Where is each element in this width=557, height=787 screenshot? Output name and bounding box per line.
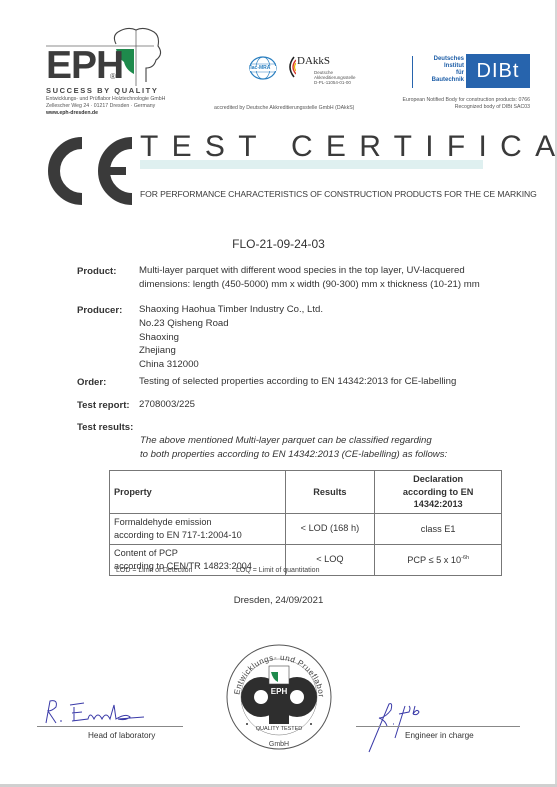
product-value: Multi-layer parquet with different wood … <box>139 264 480 292</box>
dibt-words: Deutsches Institut für Bautechnik <box>416 56 464 84</box>
ilac-label: ilac-MRA <box>249 65 270 71</box>
registered-mark: ® <box>110 72 116 81</box>
engineer-in-charge-label: Engineer in charge <box>405 731 474 740</box>
row-declaration-sup: -6h <box>461 555 469 561</box>
head-of-laboratory-label: Head of laboratory <box>88 731 155 740</box>
svg-text:GmbH: GmbH <box>269 741 289 748</box>
dibt-box: DIBt <box>466 54 530 88</box>
dibt-divider <box>412 56 413 88</box>
results-table: Property Results Declaration according t… <box>109 470 502 576</box>
row-property-line-1: Formaldehyde emission <box>114 516 281 529</box>
certificate-number: FLO-21-09-24-03 <box>0 237 557 251</box>
product-line-1: Multi-layer parquet with different wood … <box>139 264 480 278</box>
row-declaration-text: PCP ≤ 5 x 10 <box>407 555 461 565</box>
test-report-value: 2708003/225 <box>139 398 195 412</box>
row-result: < LOD (168 h) <box>285 513 375 544</box>
dibt-note-2: Recognized body of DIBt SAC03 <box>455 104 530 111</box>
eph-seal-icon: Entwicklungs- und Prueflabor Holztechnol… <box>225 642 333 752</box>
table-row: Formaldehyde emission according to EN 71… <box>110 513 502 544</box>
dakks-arcs-icon <box>284 56 296 78</box>
signature-line-right <box>356 726 520 727</box>
test-results-intro-1: The above mentioned Multi-layer parquet … <box>140 434 447 448</box>
producer-line-2: No.23 Qisheng Road <box>139 317 323 331</box>
eph-address: Zellescher Weg 24 · 01217 Dresden · Germ… <box>46 103 155 110</box>
producer-line-1: Shaoxing Haohua Timber Industry Co., Ltd… <box>139 303 323 317</box>
dibt-word-2: Institut <box>416 63 464 70</box>
ce-mark-icon <box>40 137 140 205</box>
producer-line-3: Shaoxing <box>139 331 323 345</box>
certificate-subtitle: FOR PERFORMANCE CHARACTERISTICS OF CONST… <box>140 189 537 199</box>
row-property-line-2: according to EN 717-1:2004-10 <box>114 529 281 542</box>
order-value: Testing of selected properties according… <box>139 375 456 389</box>
header-property: Property <box>110 471 286 514</box>
dakks-logo: DAkkS Deutsche Akkreditierungsstelle D-P… <box>284 52 364 88</box>
header-declaration-1: Declaration <box>379 473 497 486</box>
row-declaration: class E1 <box>375 513 502 544</box>
producer-value: Shaoxing Haohua Timber Industry Co., Ltd… <box>139 303 323 372</box>
row-property: Formaldehyde emission according to EN 71… <box>110 513 286 544</box>
row-declaration-text: class E1 <box>421 524 456 534</box>
header-declaration: Declaration according to EN 14342:2013 <box>375 471 502 514</box>
svg-text:EPH: EPH <box>271 687 288 696</box>
signature-right <box>365 700 435 755</box>
dibt-logo: Deutsches Institut für Bautechnik DIBt <box>410 54 540 94</box>
test-results-label: Test results: <box>77 422 133 433</box>
test-report-label: Test report: <box>77 400 130 411</box>
eph-company: Entwicklungs- und Prüflabor Holztechnolo… <box>46 96 165 103</box>
dakks-line-3: D-PL-11054-01-00 <box>314 80 351 86</box>
producer-label: Producer: <box>77 305 122 316</box>
ilac-mra-logo: ilac-MRA <box>248 56 278 80</box>
producer-line-5: China 312000 <box>139 358 323 372</box>
test-results-intro: The above mentioned Multi-layer parquet … <box>140 434 447 462</box>
dibt-word-1: Deutsches <box>416 56 464 63</box>
legend-lod: LOD = Limit of Detection <box>116 567 192 574</box>
row-declaration: PCP ≤ 5 x 10-6h <box>375 544 502 575</box>
order-label: Order: <box>77 377 106 388</box>
header-declaration-2: according to EN 14342:2013 <box>379 486 497 511</box>
eph-logo: EPH ® SUCCESS BY QUALITY Entwicklungs- u… <box>18 24 168 124</box>
accreditation-caption: accredited by Deutsche Akkreditierungsst… <box>214 105 354 111</box>
svg-text:QUALITY TESTED: QUALITY TESTED <box>256 726 303 732</box>
dakks-wordmark: DAkkS <box>297 55 330 67</box>
producer-line-4: Zhejiang <box>139 344 323 358</box>
product-line-2: dimensions: length (450-5000) mm x width… <box>139 278 480 292</box>
signature-left <box>40 697 150 727</box>
test-results-intro-2: to both properties according to EN 14342… <box>140 448 447 462</box>
eph-tagline: SUCCESS BY QUALITY <box>46 86 158 95</box>
eph-website: www.eph-dresden.de <box>46 110 98 116</box>
row-property-line-1: Content of PCP <box>114 547 281 560</box>
dibt-note-1: European Notified Body for construction … <box>403 97 530 104</box>
legend-loq: LOQ = Limit of quantitation <box>236 567 319 574</box>
dibt-word-4: Bautechnik <box>416 77 464 84</box>
certificate-title: TEST CERTIFICATE <box>140 130 557 164</box>
place-date: Dresden, 24/09/2021 <box>0 595 557 606</box>
header-results: Results <box>285 471 375 514</box>
signature-line-left <box>37 726 183 727</box>
table-header-row: Property Results Declaration according t… <box>110 471 502 514</box>
dibt-word-3: für <box>416 70 464 77</box>
product-label: Product: <box>77 266 116 277</box>
